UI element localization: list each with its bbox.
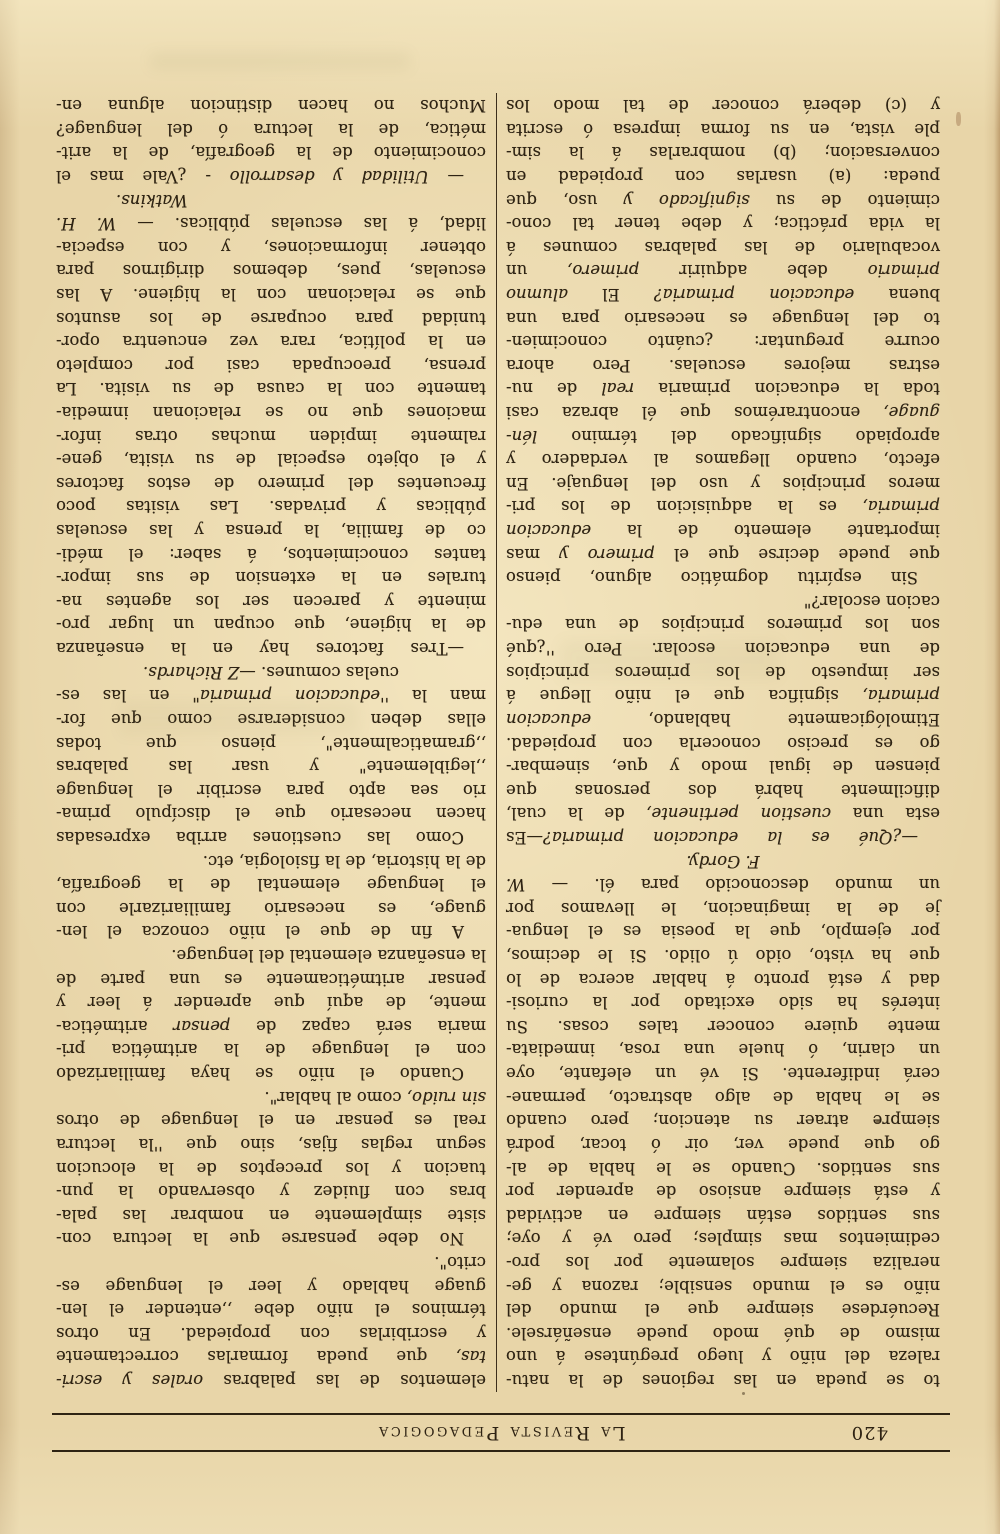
text-line: mética, de la lectura ó del lenguage? <box>56 117 486 141</box>
text-line: primaria, significa que el niño llegue á <box>506 684 940 708</box>
text-line: conversacion; (b) nombrarlas á la sim- <box>506 141 940 165</box>
text-line: guage, encontrarémos que él abraza casi <box>506 400 940 424</box>
text-line: escuelas, pues, debemos dirigirnos para <box>56 259 486 283</box>
text-line: primario debe adquirir primero, un <box>506 259 940 283</box>
text-line: co de familia, la prensa y las escuelas <box>56 518 486 542</box>
text-line: neraliza siempre solamente por los pro- <box>506 1250 940 1274</box>
column-left: to se pueda en las regiones de la natu-r… <box>506 93 940 1392</box>
text-line: y está siempre ansioso de aprender por <box>506 1180 940 1204</box>
text-line: maciones que no se relacionan inmedia- <box>56 400 486 424</box>
text-line: son los primeros principios de una edu- <box>506 613 940 637</box>
text-line: un clarin, ó huele una rosa, inmediata- <box>506 1038 940 1062</box>
text-line: Muchos no hacen distincion alguna en- <box>56 93 486 117</box>
text-line: sin ruido, como al hablar". <box>56 1085 486 1109</box>
text-line: Cuando el niño se haya familiarizado <box>56 1061 486 1085</box>
text-line: que se relacionan con la higiene. A las <box>56 282 486 306</box>
page-number: 420 <box>851 1422 888 1443</box>
text-line: raleza del niño y luego pregúntese á uno <box>506 1345 940 1369</box>
column-right: elementos de las palabras orales y escri… <box>56 93 497 1392</box>
bleedthrough-smudge <box>150 52 410 70</box>
text-line: importante elemento de la educacion <box>506 518 940 542</box>
text-line: que puede decirse que el primero y mas <box>506 542 940 566</box>
text-line: ralmente impiden muchas otras infor- <box>56 424 486 448</box>
text-line: tunidad para ocuparse de los asuntos <box>56 306 486 330</box>
text-line: turales en la extension de sus impor- <box>56 566 486 590</box>
text-line: to se pueda en las regiones de la natu- <box>506 1368 940 1392</box>
text-line: mismo de qué modo puede enseñársele. <box>506 1321 940 1345</box>
text-line: F. Gordy. <box>506 849 940 873</box>
text-line: tantes conocimientos, á saber: el médi- <box>56 542 486 566</box>
text-line: de la historia, de la fisiologia, etc. <box>56 849 486 873</box>
text-line: cacion escolar?" <box>506 589 940 613</box>
text-line: primaria, es la adquisicion de los pri- <box>506 495 940 519</box>
text-line: Etimológicamente hablando, educacion <box>506 707 940 731</box>
text-line: real es pensar en el lenguage de otros <box>56 1109 486 1133</box>
text-line: — Utilidad y desarrollo - ¿Vale mas el <box>56 164 486 188</box>
text-line: rio sea apto para escribir el lenguage <box>56 778 486 802</box>
text-line: guage, es necesario familiarizarle con <box>56 896 486 920</box>
text-line: el lenguage elemental de la geografía, <box>56 873 486 897</box>
text-line: dad y está pronto á hablar acerca de lo <box>506 967 940 991</box>
text-line: con el lenguage de la aritmética pri- <box>56 1038 486 1062</box>
text-line: obtener informaciones, y con especia- <box>56 235 486 259</box>
header-rule-top <box>52 1450 950 1452</box>
text-line: Recuérdese siempre que el mundo del <box>506 1298 940 1322</box>
text-line: cuelas comunes. —Z Richards. <box>56 660 486 684</box>
text-line: —¿Qué es la educacion primaria?—Es <box>506 825 940 849</box>
text-line: A fin de que el niño conozca el len- <box>56 920 486 944</box>
text-line: efecto, cuando llegamos al verdadero y <box>506 448 940 472</box>
text-line: pensar aritméticamente es una parte de <box>56 967 486 991</box>
text-line: dificilmente habrá dos personas que <box>506 778 940 802</box>
text-line: se le habla de algo abstracto, permane- <box>506 1085 940 1109</box>
text-columns: to se pueda en las regiones de la natu-r… <box>56 93 940 1392</box>
bleedthrough-smudge <box>560 640 780 680</box>
text-line: guage hablado y leer el lenguage es- <box>56 1274 486 1298</box>
text-line: toda la educacion primaria real de nu- <box>506 377 940 401</box>
text-line: maria será capaz de pensar aritmética- <box>56 1014 486 1038</box>
ink-speck <box>742 1392 745 1395</box>
text-line: cedimientos mas simples; pero vé y oye; <box>506 1227 940 1251</box>
text-line: tuacion y los preceptos de la elocucion <box>56 1156 486 1180</box>
text-line: No debe pensarse que la lectura con- <box>56 1227 486 1251</box>
text-line: tamente con la causa de su visita. La <box>56 377 486 401</box>
text-line: ,,legiblemente" y usar las palabras <box>56 755 486 779</box>
scanned-page-rotated-180: 420 La Revista Pedagogica to se pueda en… <box>0 0 1000 1534</box>
text-line: meros principios y uso del lenguaje. En <box>506 471 940 495</box>
text-line: esta una cuestion pertinente, de la cual… <box>506 802 940 826</box>
text-line: la vida práctica; y debe tener tal cono- <box>506 212 940 236</box>
text-line: frecuentes del primero de estos factores <box>56 471 486 495</box>
text-line: apropiado significado del término lén- <box>506 424 940 448</box>
text-line: cerá indiferente. Si vé un elefante, oye <box>506 1061 940 1085</box>
text-line: por ejemplo, que la poesia es el lengua- <box>506 920 940 944</box>
text-line: to del lenguage es necesario para una <box>506 306 940 330</box>
text-line: Como las cuestiones arriba expresadas <box>56 825 486 849</box>
text-line: hacen necesario que el discípulo prima- <box>56 802 486 826</box>
text-line: vocabulario de las palabras comunes á <box>506 235 940 259</box>
text-line: sus sentidos están siempre en actividad <box>506 1203 940 1227</box>
text-line: en la política, rara vez encuentra opor- <box>56 330 486 354</box>
text-line: conocimiento de la geografía, de la arit… <box>56 141 486 165</box>
text-line: minente y parecen ser los agentes na- <box>56 589 486 613</box>
text-line: pueda: (a) usarlas con propiedad en <box>506 164 940 188</box>
text-line: je de la imaginacion, le llevamos por <box>506 896 940 920</box>
text-line: ocurre preguntar: ¿cuánto conocimien- <box>506 330 940 354</box>
text-line: go es preciso conocerla con propiedad. <box>506 731 940 755</box>
text-line: segun reglas fijas, sino que ''la lectur… <box>56 1132 486 1156</box>
text-line: y escribirlas con propiedad. En otros <box>56 1321 486 1345</box>
text-line: cimiento de su significado y uso, que <box>506 188 940 212</box>
text-line: la enseñanza elemental del lenguage. <box>56 943 486 967</box>
text-line: lidad, á las escuelas públicas. — W. H. <box>56 212 486 236</box>
bleedthrough-smudge <box>120 700 360 736</box>
text-line: de la higiene, que ocupan un lugar pro- <box>56 613 486 637</box>
text-line: niño es el mundo sensible; razona y ge- <box>506 1274 940 1298</box>
text-line: bras con fluidez y observando la pun- <box>56 1180 486 1204</box>
text-line: tas, que pueda formarlas correctamente <box>56 1345 486 1369</box>
page-header: 420 La Revista Pedagogica <box>52 1413 950 1452</box>
header-row: 420 La Revista Pedagogica <box>52 1415 950 1450</box>
text-line: y el objeto especial de su visita, gene- <box>56 448 486 472</box>
text-line: estras mejores escuelas. Pero ahora <box>506 353 940 377</box>
text-line: interés ha sido excitado por la curiosi- <box>506 991 940 1015</box>
text-line: públicas y privadas. Las visitas poco <box>56 495 486 519</box>
text-line: sus sentidos. Cuando se le habla de al- <box>506 1156 940 1180</box>
text-line: go que puede ver, oir ó tocar, podrá <box>506 1132 940 1156</box>
text-line: prensa, preocupada casi por completo <box>56 353 486 377</box>
text-line: un mundo desconocido para él. — W. <box>506 873 940 897</box>
text-line: Watkins. <box>56 188 486 212</box>
ink-speck <box>876 1120 880 1124</box>
text-line: crito". <box>56 1250 486 1274</box>
journal-title: La Revista Pedagogica <box>52 1422 950 1450</box>
text-line: siempre atraer su atencion; pero cuando <box>506 1109 940 1133</box>
text-line: elementos de las palabras orales y escri… <box>56 1368 486 1392</box>
text-line: ple vista, en su forma impresa ó escrita <box>506 117 940 141</box>
text-line: que ha visto, oido ú olido. Si le decimo… <box>506 943 940 967</box>
text-line: —Tres factores hay en la enseñanza <box>56 637 486 661</box>
text-line: siste simplemente en nombrar las pala- <box>56 1203 486 1227</box>
paper-blemish <box>956 112 961 126</box>
text-line: Sin espíritu dogmático alguno, pienso <box>506 566 940 590</box>
text-line: buena educacion primaria? El alumno <box>506 282 940 306</box>
text-line: piensen de igual modo y que, sinembar- <box>506 755 940 779</box>
text-line: y (c) deberá conocer de tal modo los <box>506 93 940 117</box>
text-line: mente quiere conocer tales cosas. Su <box>506 1014 940 1038</box>
text-line: mente, de aquí que aprender á leer y <box>56 991 486 1015</box>
text-line: términos el niño debe ,,entender el len- <box>56 1298 486 1322</box>
